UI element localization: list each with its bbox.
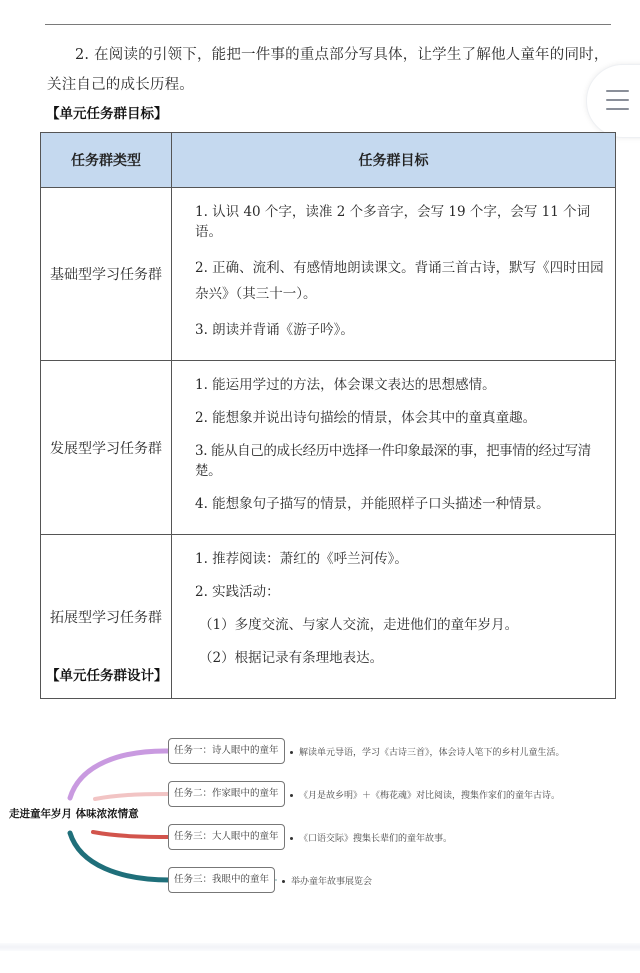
task-type-cell: 发展型学习任务群: [41, 361, 172, 535]
goal-item: 1. 认识 40 个字，读准 2 个多音字，会写 19 个字，会写 11 个词语…: [195, 202, 614, 242]
table-header-row: 任务群类型 任务群目标: [41, 133, 616, 188]
hamburger-menu-icon: [606, 90, 629, 92]
intro-paragraph-text: 2. 在阅读的引领下，能把一件事的重点部分写具体，让学生了解他人童年的同时，关注…: [47, 47, 609, 93]
task-goals-cell: 1. 推荐阅读：萧红的《呼兰河传》。 2. 实践活动： （1）多度交流、与家人交…: [172, 535, 616, 699]
goal-item: 4. 能想象句子描写的情景，并能照样子口头描述一种情景。: [195, 494, 614, 514]
goal-item: 1. 推荐阅读：萧红的《呼兰河传》。: [195, 549, 614, 569]
goal-item: 1. 能运用学过的方法，体会课文表达的思想感情。: [195, 375, 614, 395]
mindmap-leaf: 解读单元导语，学习《古诗三首》，体会诗人笔下的乡村儿童生活。: [290, 745, 565, 758]
leaf-text: 《月是故乡明》＋《梅花魂》对比阅读，搜集作家们的童年古诗。: [299, 791, 560, 801]
mindmap-root: 走进童年岁月 体味浓浓情意: [9, 806, 139, 821]
mindmap-leaf: 《月是故乡明》＋《梅花魂》对比阅读，搜集作家们的童年古诗。: [290, 788, 560, 801]
hamburger-menu-icon-bar: [606, 108, 629, 110]
goal-item: 3. 朗读并背诵《游子吟》。: [195, 320, 614, 340]
goal-item: 2. 能想象并说出诗句描绘的情景，体会其中的童真童趣。: [195, 408, 614, 428]
mindmap-node-task4: 任务三：我眼中的童年: [168, 867, 275, 893]
bullet-icon: [290, 751, 293, 754]
bottom-divider: [0, 943, 640, 951]
mindmap-leaf: 举办童年故事展览会: [282, 874, 372, 887]
goal-item: 2. 实践活动：: [195, 582, 614, 602]
goals-section-title: 【单元任务群目标】: [46, 102, 168, 122]
mindmap-node-task3: 任务三：大人眼中的童年: [168, 824, 285, 850]
bullet-icon: [282, 880, 285, 883]
goal-item: 2. 正确、流利、有感情地朗读课文。背诵三首古诗，默写《四时田园杂兴》（其三十一…: [195, 255, 614, 307]
intro-paragraph: 2. 在阅读的引领下，能把一件事的重点部分写具体，让学生了解他人童年的同时，关注…: [47, 40, 617, 100]
task-goals-cell: 1. 认识 40 个字，读准 2 个多音字，会写 19 个字，会写 11 个词语…: [172, 188, 616, 361]
hamburger-menu-icon-bar: [606, 99, 629, 101]
design-section-title: 【单元任务群设计】: [46, 664, 168, 684]
top-divider: [45, 24, 611, 25]
goal-item: （1）多度交流、与家人交流，走进他们的童年岁月。: [195, 615, 614, 635]
bullet-icon: [290, 794, 293, 797]
leaf-text: 《口语交际》搜集长辈们的童年故事。: [299, 834, 452, 844]
mindmap-node-task1: 任务一：诗人眼中的童年: [168, 738, 285, 764]
header-type: 任务群类型: [41, 133, 172, 188]
task-design-mindmap: 走进童年岁月 体味浓浓情意 任务一：诗人眼中的童年 任务二：作家眼中的童年 任务…: [0, 720, 640, 900]
goal-item: （2）根据记录有条理地表达。: [195, 648, 614, 668]
mindmap-node-task2: 任务二：作家眼中的童年: [168, 781, 285, 807]
bullet-icon: [290, 837, 293, 840]
table-row: 基础型学习任务群 1. 认识 40 个字，读准 2 个多音字，会写 19 个字，…: [41, 188, 616, 361]
task-goals-cell: 1. 能运用学过的方法，体会课文表达的思想感情。 2. 能想象并说出诗句描绘的情…: [172, 361, 616, 535]
task-group-goals-table: 任务群类型 任务群目标 基础型学习任务群 1. 认识 40 个字，读准 2 个多…: [40, 132, 616, 699]
table-row: 发展型学习任务群 1. 能运用学过的方法，体会课文表达的思想感情。 2. 能想象…: [41, 361, 616, 535]
header-goals: 任务群目标: [172, 133, 616, 188]
mindmap-leaf: 《口语交际》搜集长辈们的童年故事。: [290, 831, 452, 844]
task-type-cell: 基础型学习任务群: [41, 188, 172, 361]
goal-item: 3. 能从自己的成长经历中选择一件印象最深的事，把事情的经过写清楚。: [195, 441, 614, 481]
leaf-text: 举办童年故事展览会: [291, 877, 372, 887]
leaf-text: 解读单元导语，学习《古诗三首》，体会诗人笔下的乡村儿童生活。: [299, 748, 565, 758]
